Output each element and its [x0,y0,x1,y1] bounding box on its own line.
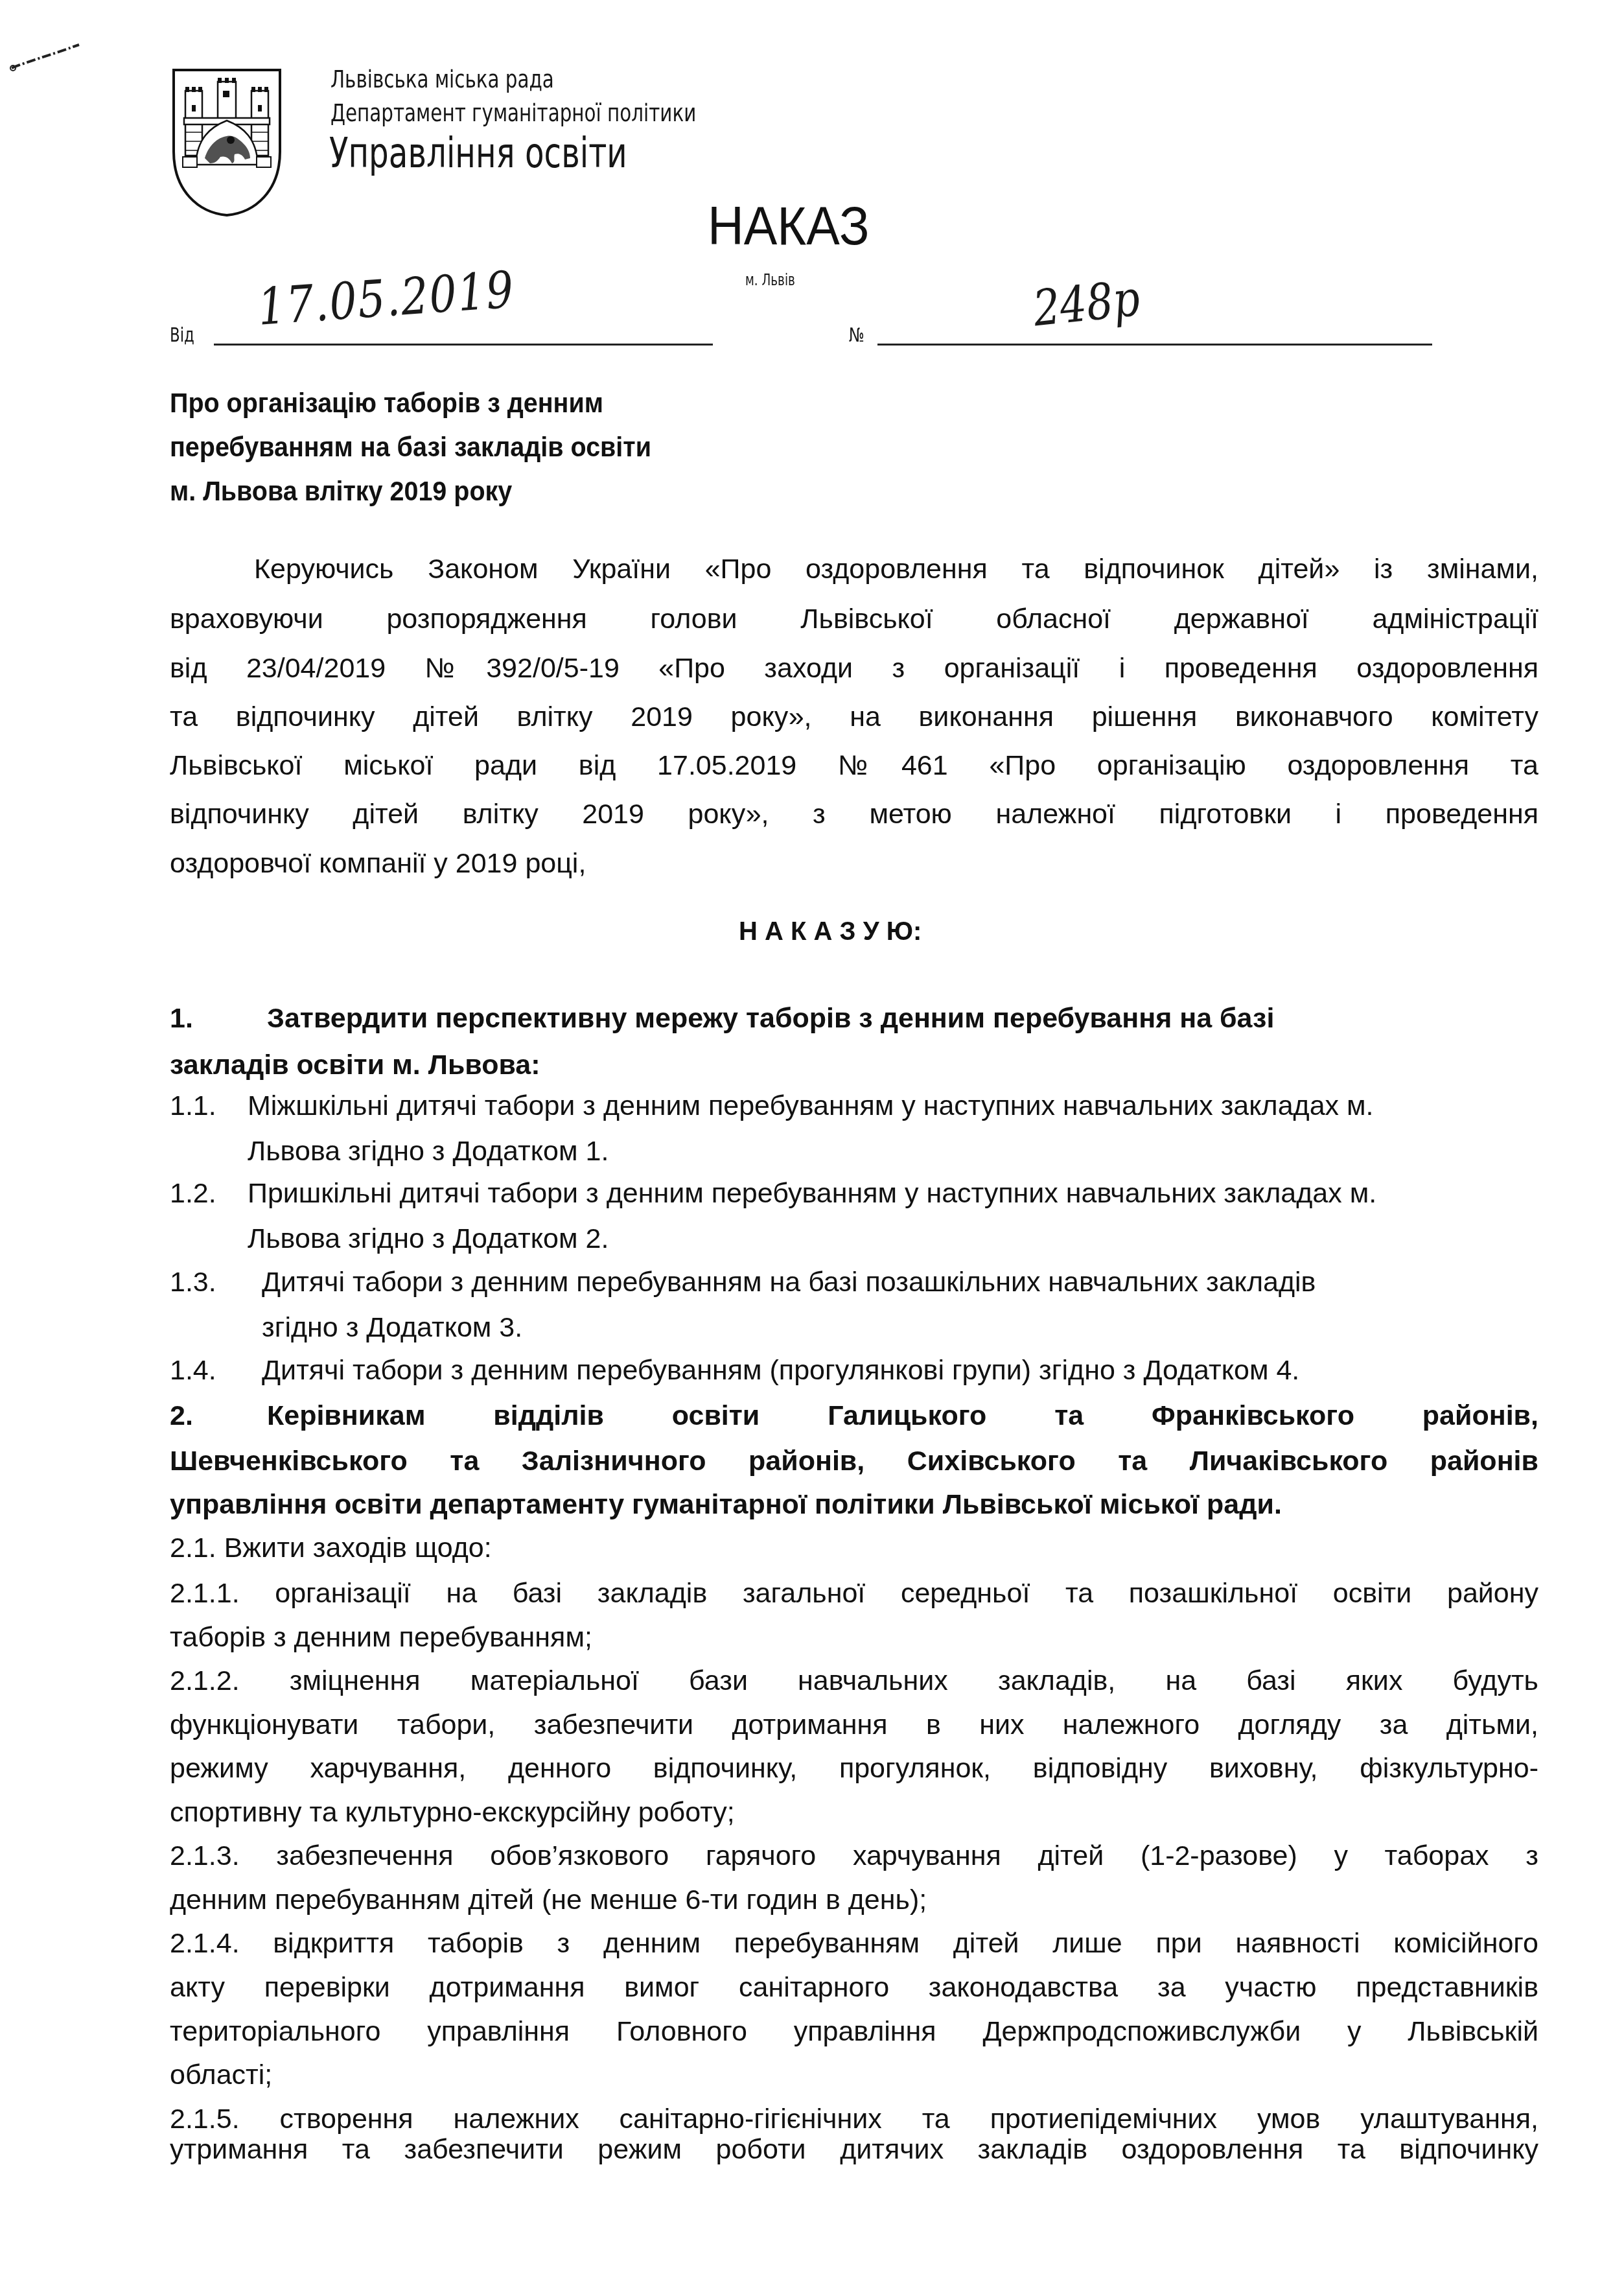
order-heading: Н А К А З У Ю: [739,917,922,946]
preamble-line: Львівської міської ради від 17.05.2019 №… [170,749,1538,782]
item-2-line: 2.Керівникам відділів освіти Галицького … [170,1399,1538,1433]
preamble-line: та відпочинку дітей влітку 2019 року», н… [170,700,1538,734]
item-2-line: управління освіти департаменту гуманітар… [170,1488,1538,1521]
item-2-1-4-line: області; [170,2058,1538,2092]
preamble-line: відпочинку дітей влітку 2019 року», з ме… [170,797,1538,831]
preamble-line: оздоровчої компанії у 2019 році, [170,847,1538,880]
item-2-line: Шевченківського та Залізничного районів,… [170,1444,1538,1478]
date-underline [214,344,713,346]
preamble-line: від 23/04/2019 №392/0/5-19 «Про заходи з… [170,651,1538,685]
item-number: 2. [170,1399,267,1433]
item-number: 1.3. [170,1265,262,1299]
item-2-1-3-line: денним перебуванням дітей (не менше 6-ти… [170,1883,1538,1917]
item-2-1-2-line: 2.1.2. зміцнення матеріальної бази навча… [170,1664,1538,1698]
lviv-coat-of-arms-icon [171,67,283,218]
date-label: Від [170,324,194,347]
item-1-1-line: Львова згідно з Додатком 1. [248,1134,1616,1168]
letterhead-council-name: Львівська міська рада [331,65,554,93]
city-label: м. Львів [745,271,795,289]
order-title-line: Про організацію таборів з денним [170,381,651,425]
item-2-1-2-line: спортивну та культурно-екскурсійну робот… [170,1796,1538,1829]
preamble-line: враховуючи розпорядження голови Львівськ… [170,602,1538,636]
item-2-1-5-line: 2.1.5. створення належних санітарно-гігі… [170,2102,1538,2136]
letterhead-office-name: Управління освіти [329,130,627,178]
item-2-1-4-line: акту перевірки дотримання вимог санітарн… [170,1971,1538,2004]
margin-pen-mark-icon [8,36,86,75]
item-2-1-2-line: функціонувати табори, забезпечити дотрим… [170,1708,1538,1742]
item-number: 1. [170,1002,267,1035]
item-2-1-4-line: територіального управління Головного упр… [170,2015,1538,2048]
number-handwritten: 248р [1030,269,1143,338]
order-title: Про організацію таборів з денним перебув… [170,381,651,513]
item-1-2-line: Львова згідно з Додатком 2. [248,1222,1616,1256]
number-underline [877,344,1432,346]
order-title-line: перебуванням на базі закладів освіти [170,425,651,469]
order-title-line: м. Львова влітку 2019 року [170,469,651,513]
item-2-1-3-line: 2.1.3. забезпечення обов’язкового гарячо… [170,1839,1538,1873]
document-type-heading: НАКАЗ [708,194,870,257]
item-1-1-line: 1.1.Міжшкільні дитячі табори з денним пе… [170,1089,1538,1123]
item-2-1-1-line: таборів з денним перебуванням; [170,1621,1538,1654]
item-number: 1.4. [170,1353,262,1387]
item-2-1-2-line: режиму харчування, денного відпочинку, п… [170,1752,1538,1785]
item-1-line: 1.Затвердити перспективну мережу таборів… [170,1002,1538,1035]
item-2-1-4-line: 2.1.4. відкриття таборів з денним перебу… [170,1927,1538,1960]
preamble-line: Керуючись Законом України «Про оздоровле… [254,552,1538,586]
item-1-4-line: 1.4.Дитячі табори з денним перебуванням … [170,1353,1538,1387]
item-2-1-1-line: 2.1.1. організації на базі закладів зага… [170,1576,1538,1610]
item-number: 1.1. [170,1089,248,1123]
date-handwritten: 17.05.2019 [256,261,516,336]
item-2-1-line: 2.1. Вжити заходів щодо: [170,1531,1538,1565]
item-number: 1.2. [170,1177,248,1210]
item-1-3-line: 1.3.Дитячі табори з денним перебуванням … [170,1265,1538,1299]
letterhead-department-name: Департамент гуманітарної політики [331,99,696,127]
item-1-line: закладів освіти м. Львова: [170,1048,1538,1082]
item-1-2-line: 1.2.Пришкільні дитячі табори з денним пе… [170,1177,1538,1210]
item-2-1-5-line: утримання та забезпечити режим роботи ди… [170,2133,1538,2166]
item-1-3-line: згідно з Додатком 3. [262,1311,1624,1344]
number-label: № [849,324,864,347]
